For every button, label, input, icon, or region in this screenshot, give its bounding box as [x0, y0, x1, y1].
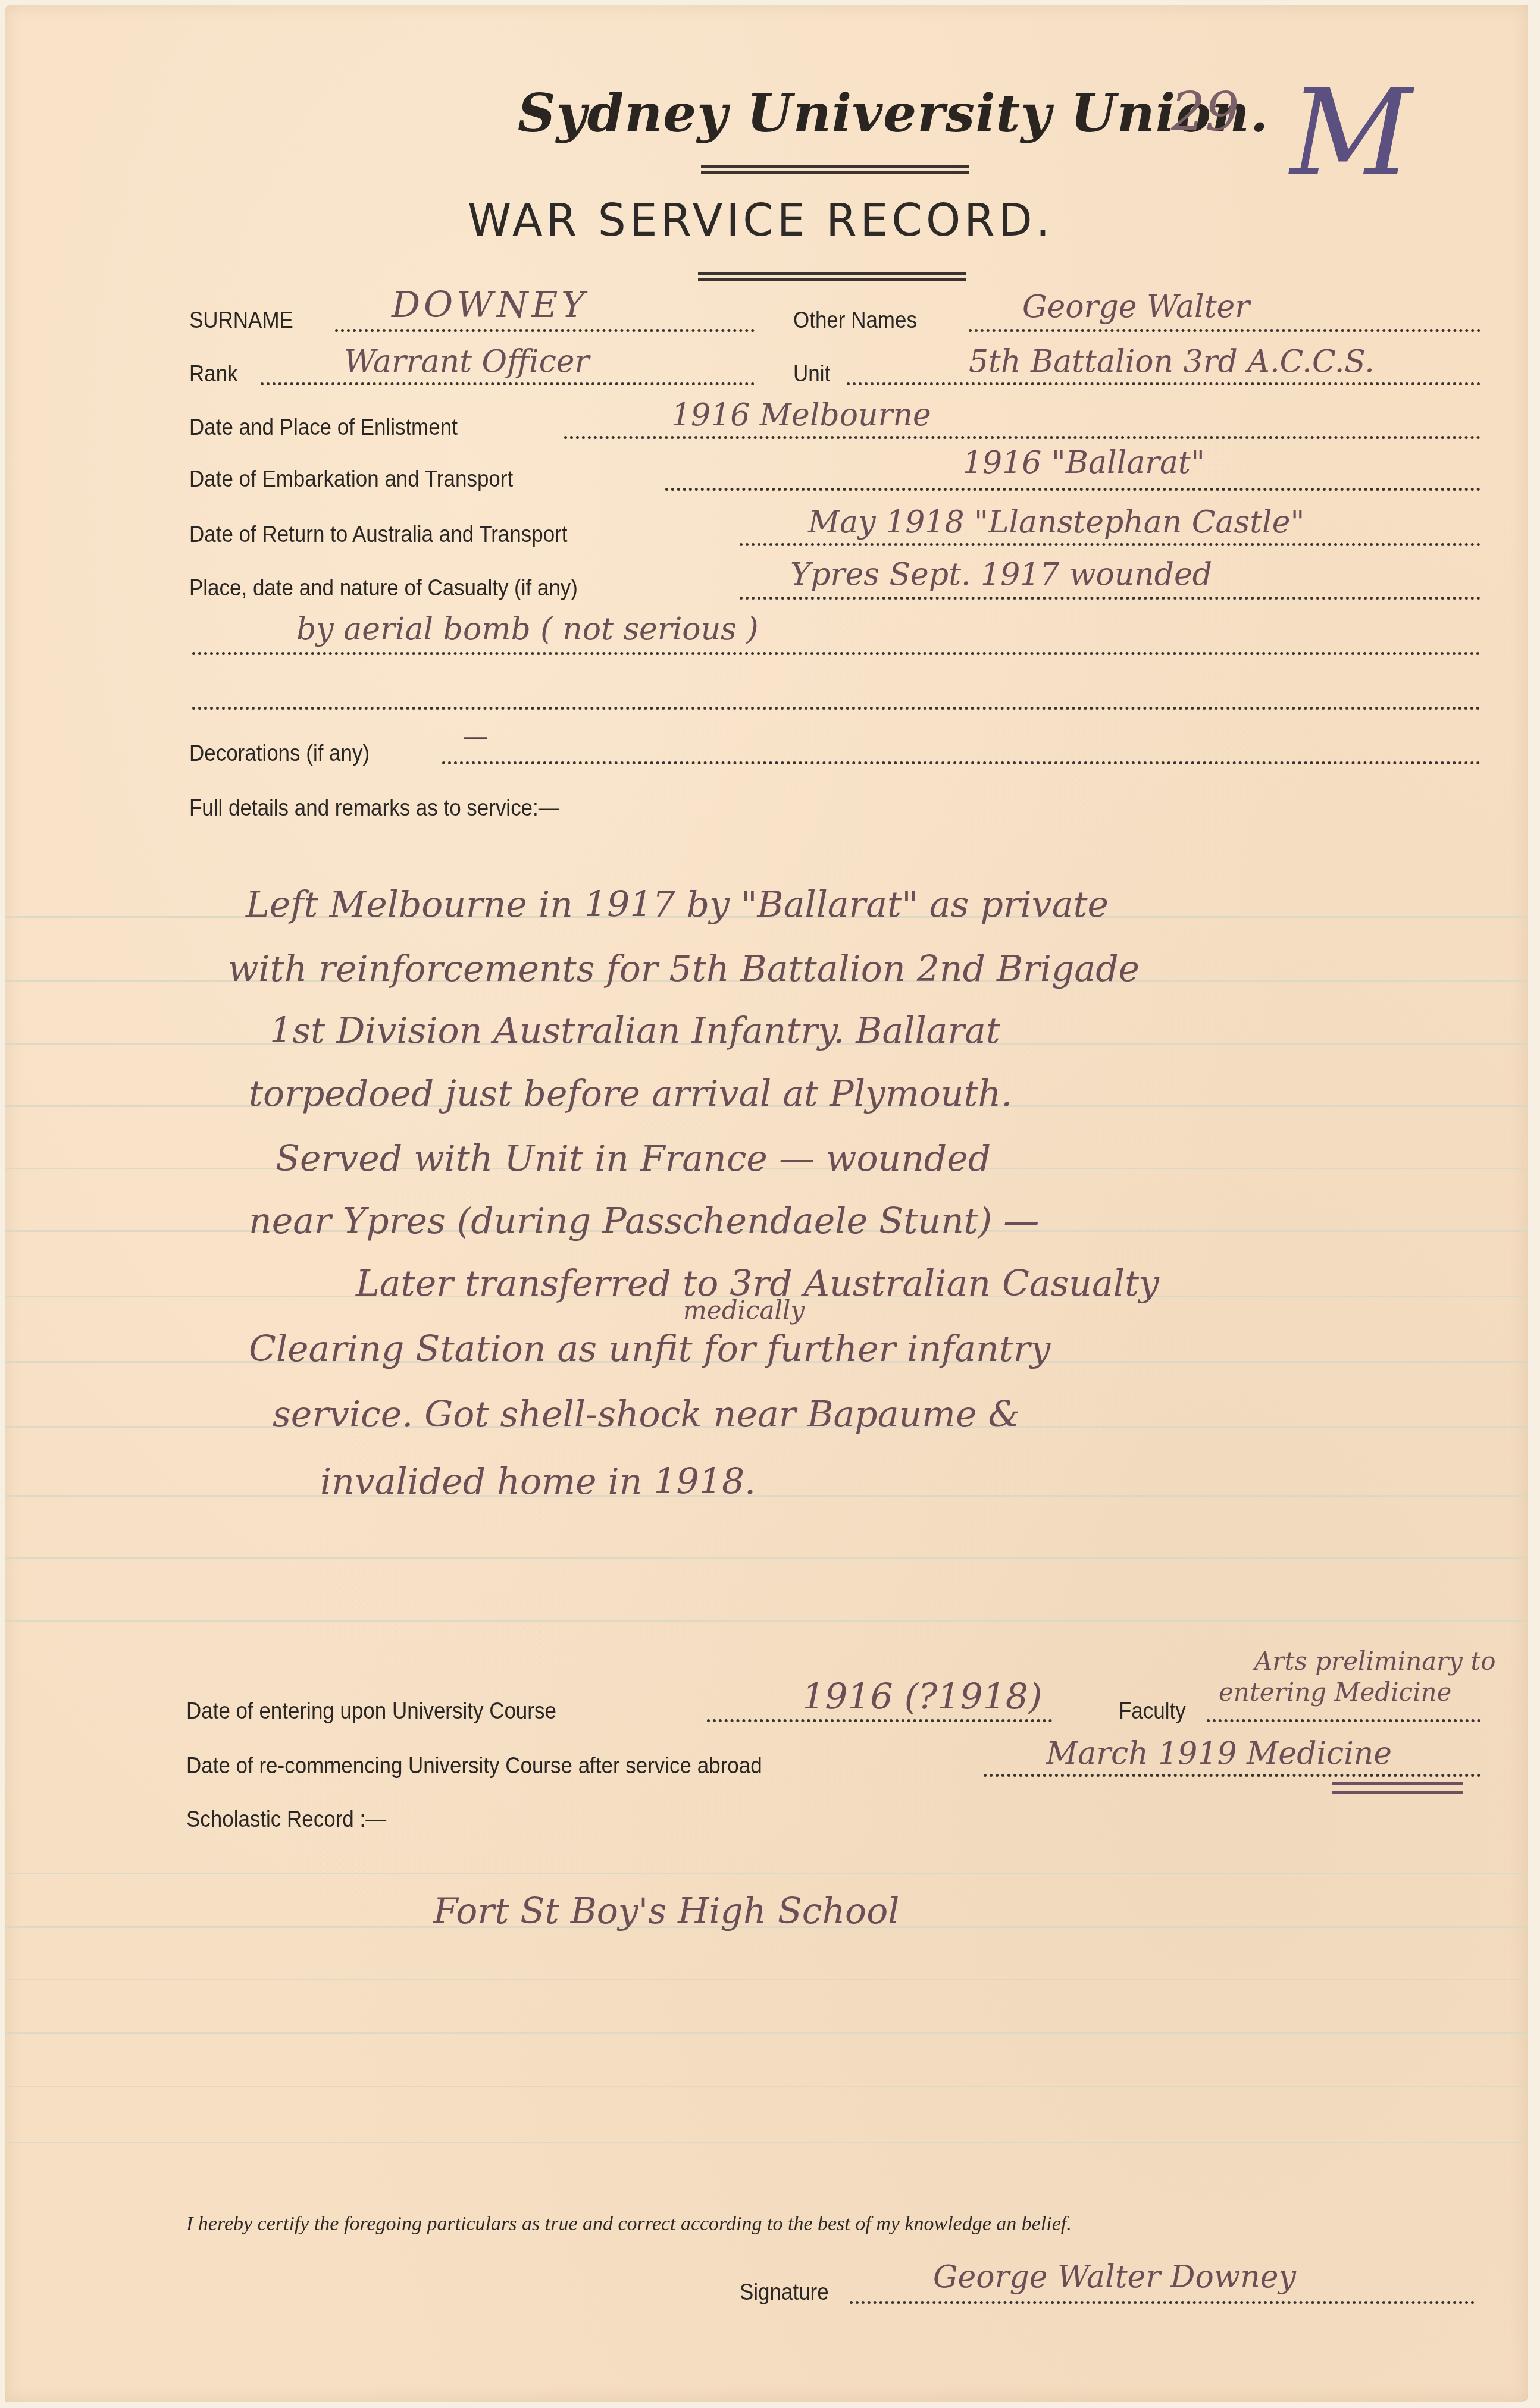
rank-field-line	[261, 382, 755, 385]
faculty-label: Faculty	[1119, 1699, 1186, 1725]
recommencing-course-field-line	[984, 1774, 1480, 1777]
remarks-insertion: medically	[683, 1296, 805, 1325]
enlistment-label: Date and Place of Enlistment	[189, 415, 458, 441]
remarks-line-3: 1st Division Australian Infantry. Ballar…	[270, 1010, 1000, 1052]
ruled-line	[5, 1557, 1528, 1559]
decorations-label: Decorations (if any)	[189, 741, 370, 767]
other-names-field-line	[969, 329, 1480, 332]
casualty-field[interactable]: Ypres Sept. 1917 wounded	[790, 557, 1212, 592]
ruled-line	[5, 1620, 1528, 1622]
organization-title: Sydney University Union.	[518, 82, 1269, 144]
embarkation-field[interactable]: 1916 "Ballarat"	[963, 445, 1205, 481]
casualty-field-line-3[interactable]	[192, 707, 1480, 710]
faculty-field-line	[1207, 1719, 1480, 1722]
monogram-initial: M	[1290, 64, 1412, 203]
remarks-line-6: near Ypres (during Passchendaele Stunt) …	[249, 1200, 1039, 1242]
scholastic-record-label: Scholastic Record :—	[186, 1807, 386, 1833]
casualty-label: Place, date and nature of Casualty (if a…	[189, 576, 578, 601]
unit-field-line	[847, 382, 1480, 385]
ruled-line	[5, 1873, 1528, 1874]
ruled-line	[5, 2032, 1528, 2034]
rank-label: Rank	[189, 362, 238, 387]
remarks-line-5: Served with Unit in France — wounded	[276, 1138, 991, 1180]
recommencing-course-field[interactable]: March 1919 Medicine	[1046, 1736, 1392, 1771]
entering-course-label: Date of entering upon University Course	[186, 1699, 556, 1725]
remarks-line-9: service. Got shell-shock near Bapaume &	[273, 1394, 1020, 1435]
enlistment-field-line	[564, 436, 1480, 439]
casualty-field-line	[740, 597, 1480, 600]
double-underline-mark	[1332, 1782, 1463, 1794]
ruled-line	[5, 1979, 1528, 1980]
remarks-line-4: torpedoed just before arrival at Plymout…	[249, 1073, 1012, 1115]
surname-field-line	[335, 329, 755, 332]
entering-course-field-line	[707, 1719, 1052, 1722]
enlistment-field[interactable]: 1916 Melbourne	[671, 397, 931, 433]
decorations-field[interactable]: —	[463, 722, 488, 751]
ruled-line	[5, 2086, 1528, 2087]
other-names-field[interactable]: George Walter	[1022, 289, 1250, 325]
return-field-line	[740, 543, 1480, 546]
remarks-line-10: invalided home in 1918.	[320, 1461, 756, 1503]
double-rule-divider	[698, 272, 966, 281]
surname-label: SURNAME	[189, 308, 293, 334]
signature-field[interactable]: George Walter Downey	[933, 2259, 1296, 2295]
casualty-field-2[interactable]: by aerial bomb ( not serious )	[296, 612, 759, 647]
embarkation-field-line	[665, 488, 1480, 491]
scholastic-record-field[interactable]: Fort St Boy's High School	[433, 1890, 900, 1932]
form-title: WAR SERVICE RECORD.	[468, 195, 1053, 246]
unit-label: Unit	[793, 362, 830, 387]
remarks-line-8: Clearing Station as unfit for further in…	[249, 1328, 1050, 1370]
signature-field-line	[850, 2301, 1475, 2304]
entering-course-field[interactable]: 1916 (?1918)	[802, 1676, 1042, 1718]
faculty-field-line2[interactable]: entering Medicine	[1219, 1678, 1451, 1707]
casualty-field-line-2	[192, 652, 1480, 655]
certification-statement: I hereby certify the foregoing particula…	[186, 2213, 1072, 2235]
recommencing-course-label: Date of re-commencing University Course …	[186, 1754, 762, 1779]
ruled-line	[5, 2142, 1528, 2143]
signature-label: Signature	[740, 2280, 829, 2306]
decorations-field-line	[442, 761, 1480, 764]
double-rule-divider	[701, 165, 969, 174]
ruled-line	[5, 1495, 1528, 1497]
faculty-field-line1[interactable]: Arts preliminary to	[1254, 1647, 1496, 1676]
document-sheet: Sydney University Union. 29 M WAR SERVIC…	[5, 5, 1528, 2402]
remarks-line-2: with reinforcements for 5th Battalion 2n…	[228, 948, 1140, 990]
other-names-label: Other Names	[793, 308, 917, 334]
record-number-annotation: 29	[1171, 81, 1239, 143]
surname-field[interactable]: DOWNEY	[392, 284, 589, 326]
embarkation-label: Date of Embarkation and Transport	[189, 467, 513, 493]
return-field[interactable]: May 1918 "Llanstephan Castle"	[808, 504, 1304, 540]
unit-field[interactable]: 5th Battalion 3rd A.C.C.S.	[969, 344, 1375, 380]
rank-field[interactable]: Warrant Officer	[344, 344, 589, 380]
remarks-line-1: Left Melbourne in 1917 by "Ballarat" as …	[246, 884, 1109, 926]
remarks-label: Full details and remarks as to service:—	[189, 796, 559, 822]
return-label: Date of Return to Australia and Transpor…	[189, 522, 567, 548]
